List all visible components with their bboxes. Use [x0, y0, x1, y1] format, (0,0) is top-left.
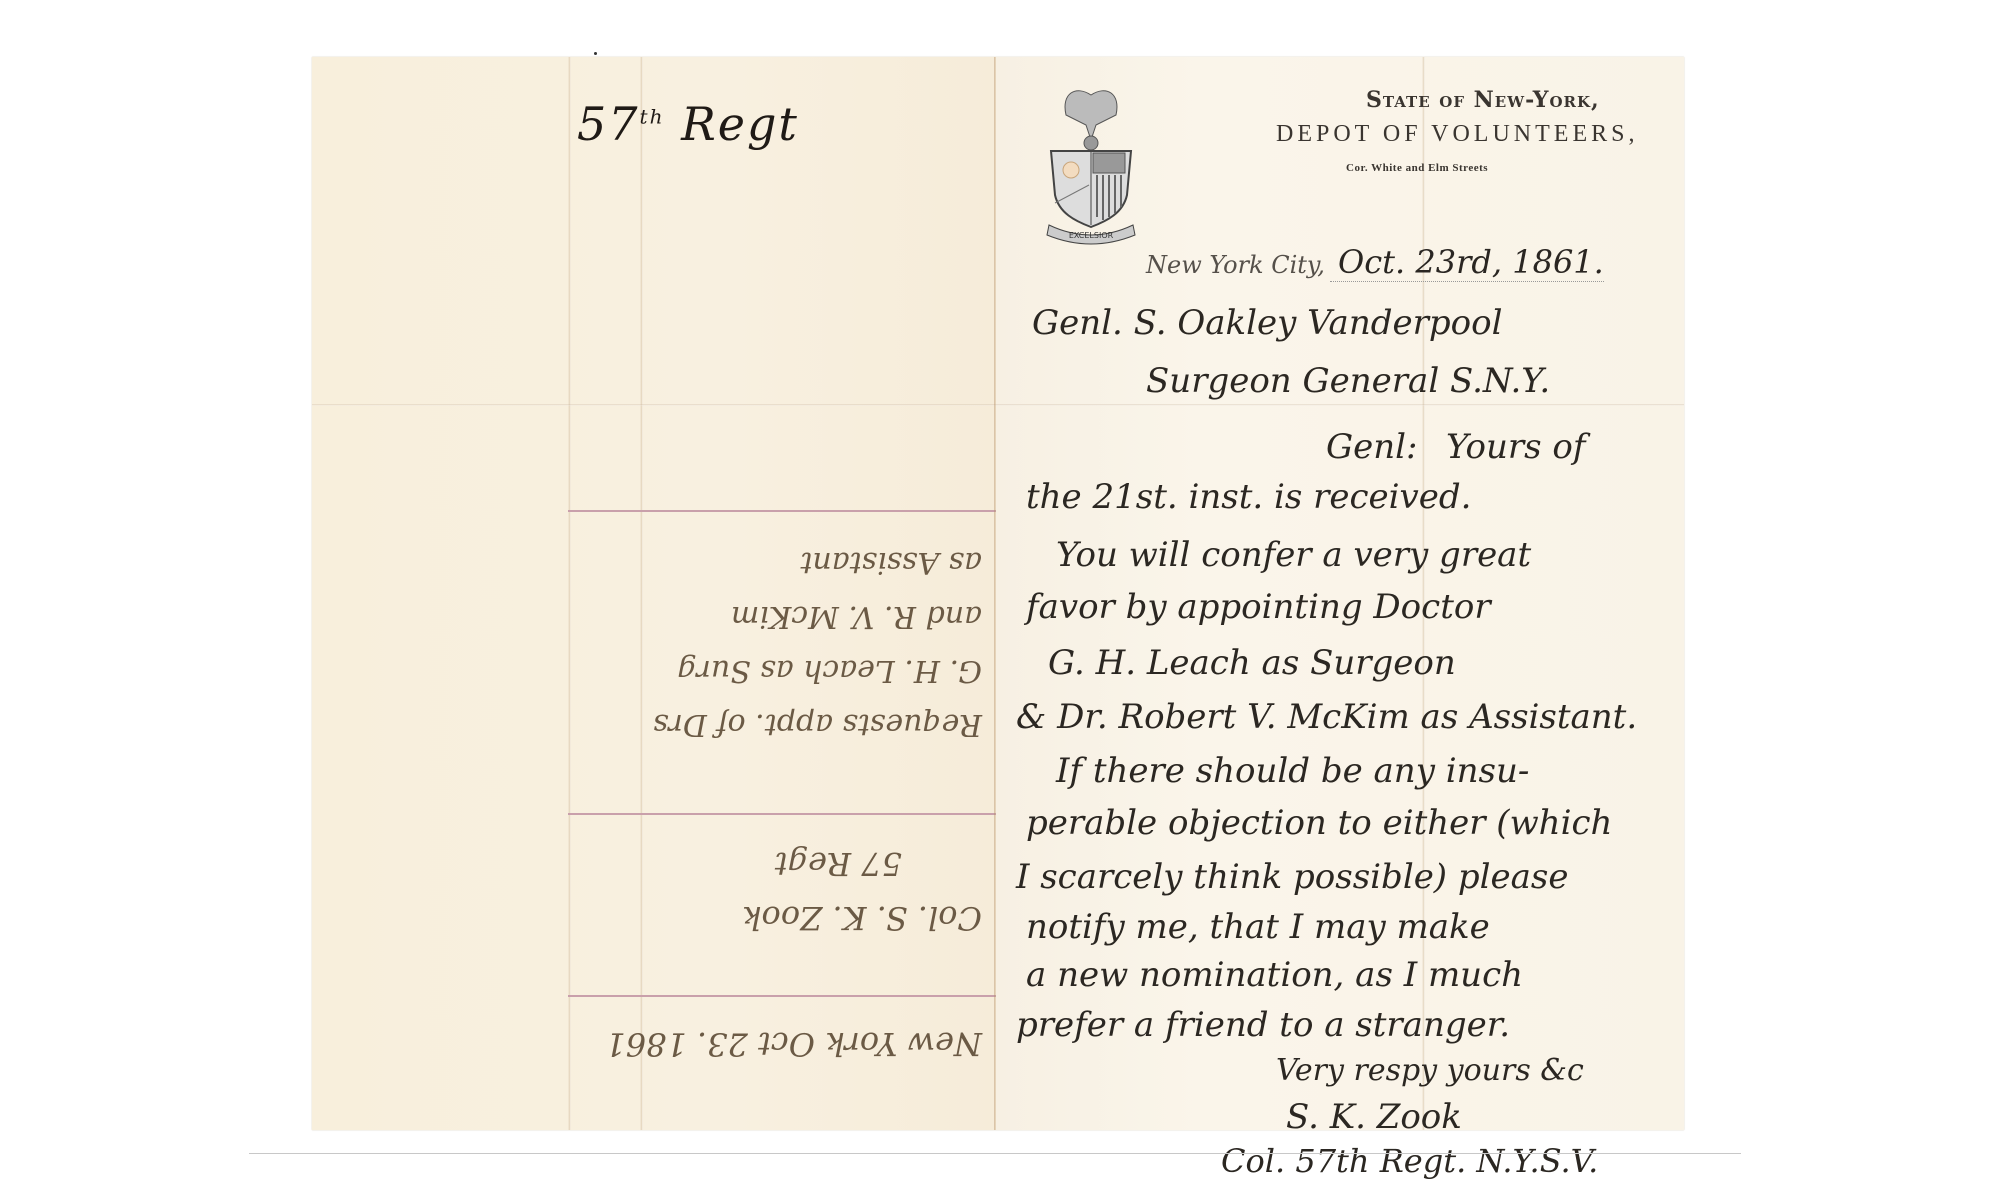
dateline-city: New York City,: [1146, 251, 1325, 279]
dateline-date: Oct. 23rd, 1861.: [1330, 243, 1604, 282]
svg-text:EXCELSIOR: EXCELSIOR: [1069, 231, 1114, 240]
dateline: New York City, Oct. 23rd, 1861.: [1146, 243, 1604, 281]
body-line: notify me, that I may make: [1026, 907, 1490, 947]
horizontal-fold: [996, 404, 1684, 406]
letterhead-state: State of New-York,: [1366, 87, 1676, 113]
addressee-title: Surgeon General S.N.Y.: [1146, 361, 1550, 401]
body-line: perable objection to either (which: [1026, 803, 1612, 843]
left-page: 57th Regt Requests appt. of Drs G. H. Le…: [312, 57, 996, 1130]
signer-title: Col. 57th Regt. N.Y.S.V.: [1221, 1142, 1598, 1180]
docket-request: Requests appt. of Drs G. H. Leach as Sur…: [582, 535, 982, 751]
regiment-note: 57th Regt: [577, 97, 799, 151]
right-page: EXCELSIOR State of New-York, DEPOT OF VO…: [996, 57, 1684, 1130]
letterhead-organization: DEPOT OF VOLUNTEERS,: [1276, 121, 1676, 148]
rule-line: [568, 510, 1000, 512]
closing: Very respy yours &c: [1276, 1053, 1584, 1088]
rule-line: [568, 813, 1000, 815]
docket-date: New York Oct 23. 1861: [582, 1017, 982, 1071]
divider: [249, 1153, 1741, 1154]
rule-line: [568, 995, 1000, 997]
letter-sheet: 57th Regt Requests appt. of Drs G. H. Le…: [312, 57, 1684, 1130]
body-line: I scarcely think possible) please: [1016, 857, 1568, 897]
body-line: Yours of: [1446, 427, 1585, 467]
horizontal-fold: [312, 404, 996, 406]
stray-mark: [594, 52, 597, 55]
body-line: & Dr. Robert V. McKim as Assistant.: [1016, 697, 1637, 737]
letterhead-address: Cor. White and Elm Streets: [1346, 162, 1676, 174]
signature: S. K. Zook: [1286, 1097, 1462, 1137]
letterhead: State of New-York, DEPOT OF VOLUNTEERS, …: [1156, 87, 1676, 174]
vertical-fold: [568, 57, 571, 1130]
docket-sender: Col. S. K. Zook 57 Regt: [582, 837, 982, 945]
new-york-crest-icon: EXCELSIOR: [1031, 85, 1151, 245]
body-line: If there should be any insu-: [1056, 751, 1529, 791]
body-line: favor by appointing Doctor: [1026, 587, 1491, 627]
addressee-name: Genl. S. Oakley Vanderpool: [1032, 303, 1502, 343]
body-line: prefer a friend to a stranger.: [1016, 1005, 1510, 1045]
body-line: the 21st. inst. is received.: [1026, 477, 1471, 517]
body-line: You will confer a very great: [1056, 535, 1531, 575]
body-line: G. H. Leach as Surgeon: [1048, 643, 1456, 683]
salutation: Genl:: [1326, 427, 1418, 467]
body-line: a new nomination, as I much: [1026, 955, 1523, 995]
